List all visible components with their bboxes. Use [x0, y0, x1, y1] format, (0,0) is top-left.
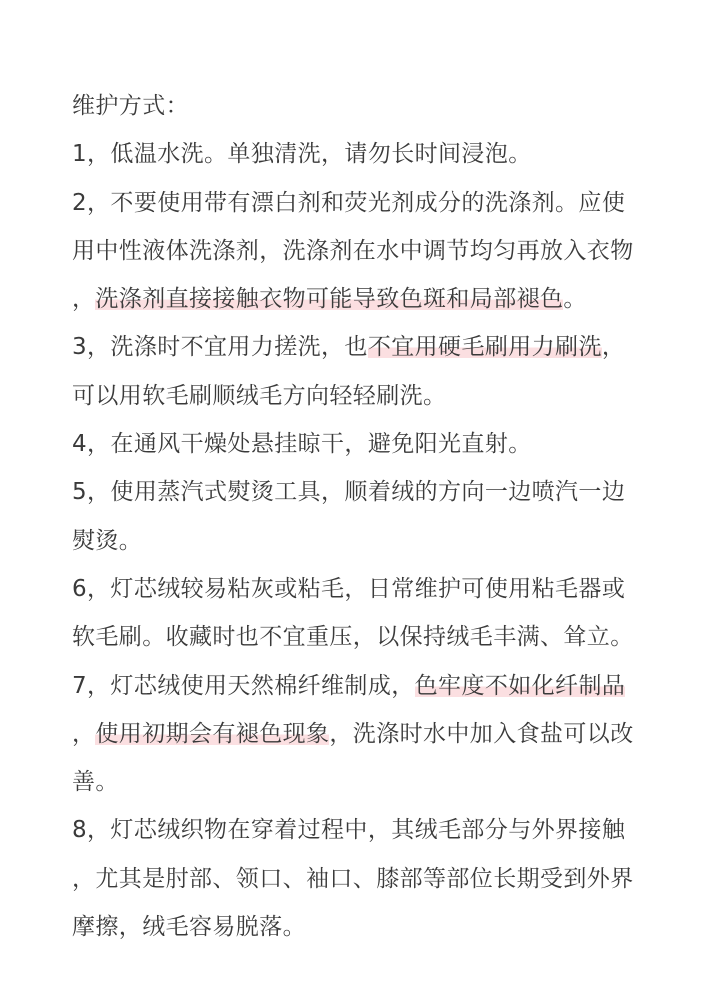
care-instructions: 维护方式： 1，低温水洗。单独清洗，请勿长时间浸泡。2，不要使用带有漂白剂和荧光…: [72, 82, 672, 951]
text-line: 6，灯芯绒较易粘灰或粘毛，日常维护可使用粘毛器或: [72, 565, 672, 613]
text-line: 8，灯芯绒织物在穿着过程中，其绒毛部分与外界接触: [72, 806, 672, 854]
highlighted-text: 洗涤剂直接接触衣物可能导致色斑和局部褪色: [95, 286, 563, 312]
text-segment: ，: [72, 721, 95, 747]
text-segment: 。: [563, 286, 586, 312]
text-segment: 软毛刷。收藏时也不宜重压，以保持绒毛丰满、耸立。: [72, 624, 634, 650]
text-line: ，尤其是肘部、领口、袖口、膝部等部位长期受到外界: [72, 855, 672, 903]
text-segment: ，: [602, 334, 625, 360]
highlighted-text: 使用初期会有褪色现象: [95, 721, 329, 747]
text-line: 1，低温水洗。单独清洗，请勿长时间浸泡。: [72, 130, 672, 178]
text-segment: ，: [72, 286, 95, 312]
text-line: 7，灯芯绒使用天然棉纤维制成，色牢度不如化纤制品: [72, 662, 672, 710]
text-segment: 7，灯芯绒使用天然棉纤维制成，: [72, 673, 415, 699]
text-line: 软毛刷。收藏时也不宜重压，以保持绒毛丰满、耸立。: [72, 613, 672, 661]
text-line: 用中性液体洗涤剂，洗涤剂在水中调节均匀再放入衣物: [72, 227, 672, 275]
text-line: 4，在通风干燥处悬挂晾干，避免阳光直射。: [72, 420, 672, 468]
text-segment: ，洗涤时水中加入食盐可以改: [329, 721, 633, 747]
text-segment: 4，在通风干燥处悬挂晾干，避免阳光直射。: [72, 431, 532, 457]
section-title: 维护方式：: [72, 82, 672, 130]
instruction-list: 1，低温水洗。单独清洗，请勿长时间浸泡。2，不要使用带有漂白剂和荧光剂成分的洗涤…: [72, 130, 672, 951]
text-segment: 1，低温水洗。单独清洗，请勿长时间浸泡。: [72, 141, 532, 167]
text-segment: 5，使用蒸汽式熨烫工具，顺着绒的方向一边喷汽一边: [72, 479, 625, 505]
text-line: 善。: [72, 758, 672, 806]
text-segment: 可以用软毛刷顺绒毛方向轻轻刷洗。: [72, 383, 446, 409]
text-segment: 熨烫。: [72, 528, 142, 554]
text-line: 2，不要使用带有漂白剂和荧光剂成分的洗涤剂。应使: [72, 179, 672, 227]
text-line: 摩擦，绒毛容易脱落。: [72, 903, 672, 951]
text-segment: 2，不要使用带有漂白剂和荧光剂成分的洗涤剂。应使: [72, 190, 625, 216]
text-segment: 摩擦，绒毛容易脱落。: [72, 914, 306, 940]
text-line: ，使用初期会有褪色现象，洗涤时水中加入食盐可以改: [72, 710, 672, 758]
highlighted-text: 色牢度不如化纤制品: [415, 673, 626, 699]
highlighted-text: 不宜用硬毛刷用力刷洗: [368, 334, 602, 360]
text-line: 可以用软毛刷顺绒毛方向轻轻刷洗。: [72, 372, 672, 420]
text-line: ，洗涤剂直接接触衣物可能导致色斑和局部褪色。: [72, 275, 672, 323]
text-line: 熨烫。: [72, 517, 672, 565]
text-segment: 3，洗涤时不宜用力搓洗，也: [72, 334, 368, 360]
text-segment: 善。: [72, 769, 119, 795]
text-line: 3，洗涤时不宜用力搓洗，也不宜用硬毛刷用力刷洗，: [72, 323, 672, 371]
text-line: 5，使用蒸汽式熨烫工具，顺着绒的方向一边喷汽一边: [72, 468, 672, 516]
text-segment: ，尤其是肘部、领口、袖口、膝部等部位长期受到外界: [72, 866, 634, 892]
text-segment: 8，灯芯绒织物在穿着过程中，其绒毛部分与外界接触: [72, 817, 625, 843]
text-segment: 6，灯芯绒较易粘灰或粘毛，日常维护可使用粘毛器或: [72, 576, 625, 602]
text-segment: 用中性液体洗涤剂，洗涤剂在水中调节均匀再放入衣物: [72, 238, 634, 264]
